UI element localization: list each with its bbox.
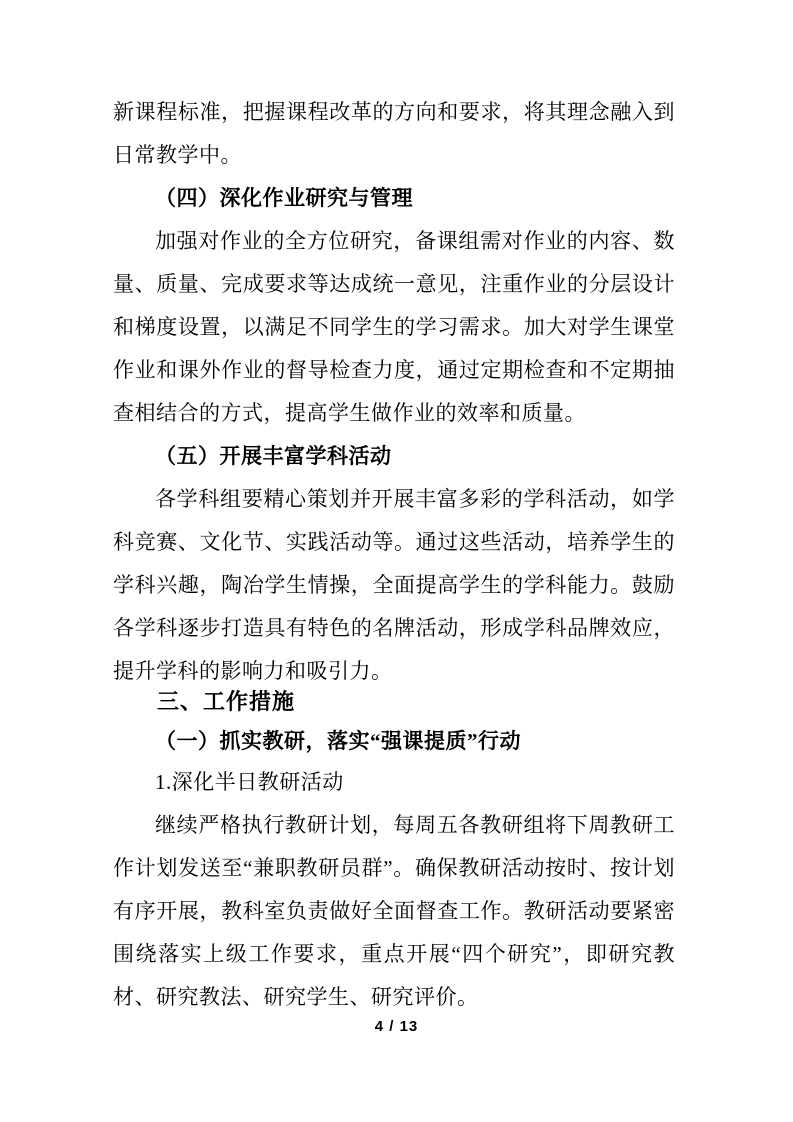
paragraph-continuation: 新课程标准，把握课程改革的方向和要求，将其理念融入到日常教学中。 bbox=[113, 91, 675, 177]
subsection-heading-half-day-research: 1.深化半日教研活动 bbox=[113, 761, 675, 804]
chapter-heading-work-measures: 三、工作措施 bbox=[113, 683, 675, 721]
section-heading-wu: （五）开展丰富学科活动 bbox=[113, 435, 675, 478]
paragraph-subject-activities: 各学科组要精心策划并开展丰富多彩的学科活动，如学科竞赛、文化节、实践活动等。通过… bbox=[113, 478, 675, 693]
document-content: 新课程标准，把握课程改革的方向和要求，将其理念融入到日常教学中。 （四）深化作业… bbox=[0, 0, 793, 1019]
paragraph-research-plan: 继续严格执行教研计划，每周五各教研组将下周教研工作计划发送至“兼职教研员群”。确… bbox=[113, 804, 675, 1019]
paragraph-homework-research: 加强对作业的全方位研究，备课组需对作业的内容、数量、质量、完成要求等达成统一意见… bbox=[113, 220, 675, 435]
document-page: 新课程标准，把握课程改革的方向和要求，将其理念融入到日常教学中。 （四）深化作业… bbox=[0, 0, 793, 1122]
page-number: 4 / 13 bbox=[375, 1018, 419, 1035]
page-footer: 4 / 13 bbox=[0, 1018, 793, 1036]
section-heading-yi: （一）抓实教研，落实“强课提质”行动 bbox=[113, 721, 675, 761]
section-heading-si: （四）深化作业研究与管理 bbox=[113, 177, 675, 220]
